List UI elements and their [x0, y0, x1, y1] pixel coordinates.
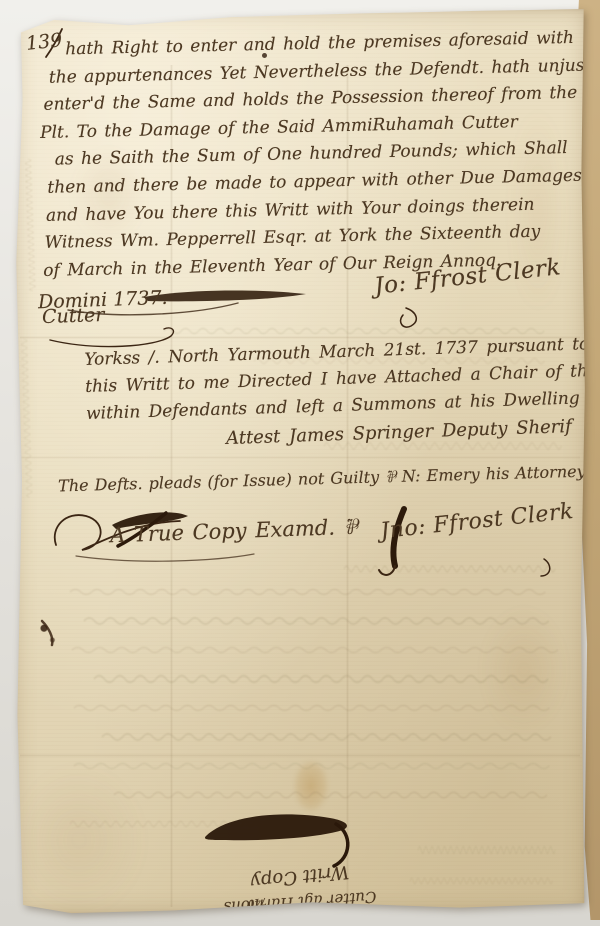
docket-endorsement: Cutter agt Harmons Writt Copy 740 — [195, 837, 405, 913]
signature-loop — [401, 308, 417, 327]
signature-curl — [541, 559, 550, 576]
certification-clerk-signature: Jno: Ffrost Clerk — [379, 499, 575, 544]
fold-crease-horizontal — [20, 456, 580, 459]
copy-underline — [76, 554, 254, 561]
party-underline — [50, 328, 173, 347]
party-name: Cutter — [42, 304, 105, 328]
docket-number: 740 — [247, 895, 267, 909]
ink-speck — [32, 617, 62, 649]
plea-line: The Defts. pleads (for Issue) not Guilty… — [58, 460, 586, 497]
writ-body-text: hath Right to enter and hold the premise… — [38, 24, 600, 285]
j-loop — [379, 566, 395, 575]
fold-crease-horizontal — [20, 754, 580, 757]
foxing-spot — [482, 607, 566, 733]
scanned-document: 139 hath Right to enter and hold the pre… — [0, 0, 600, 926]
damp-stain — [14, 765, 144, 915]
margin-ink-flick — [42, 621, 52, 645]
service-return-text: Yorkss /. North Yarmouth March 21st. 173… — [84, 330, 600, 428]
dash-flourish — [144, 291, 306, 302]
manuscript-page: 139 hath Right to enter and hold the pre… — [14, 9, 586, 914]
certification-line: A True Copy Examd. ⅌ — [110, 513, 358, 550]
stain — [294, 761, 328, 811]
